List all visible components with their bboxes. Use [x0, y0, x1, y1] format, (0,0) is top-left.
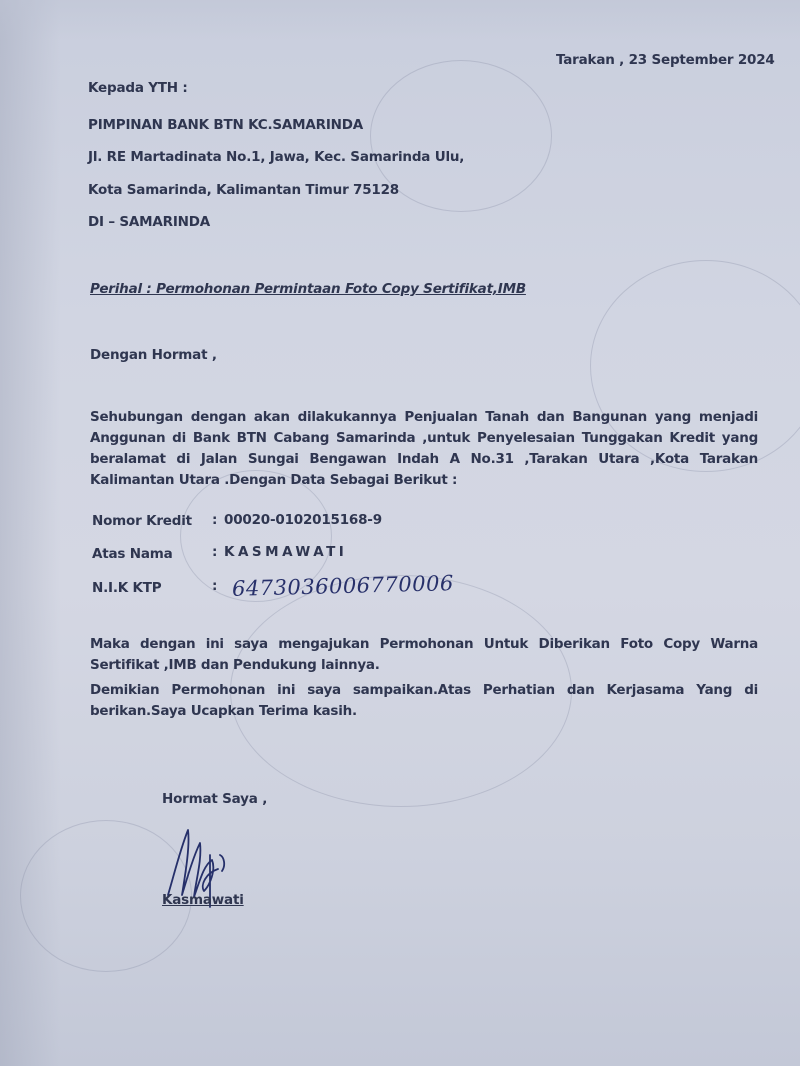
recipient-salutation: Kepada YTH :: [88, 80, 188, 96]
detail-label-nik: N.I.K KTP: [92, 580, 162, 596]
signer-name: Kasmawati: [162, 892, 244, 908]
greeting: Dengan Hormat ,: [90, 347, 217, 363]
detail-separator: :: [212, 578, 217, 594]
detail-value-nik-handwritten: 6473036006770006: [232, 571, 454, 601]
letter-subject: Perihal : Permohonan Permintaan Foto Cop…: [90, 281, 526, 297]
detail-value-account-name: KASMAWATI: [224, 544, 347, 560]
paper-shadow-top: [0, 0, 800, 40]
detail-label-account-name: Atas Nama: [92, 546, 173, 562]
closing-paragraph: Demikian Permohonan ini saya sampaikan.A…: [90, 680, 758, 722]
paper-shadow-left: [0, 0, 60, 1066]
request-paragraph: Maka dengan ini saya mengajukan Permohon…: [90, 634, 758, 676]
recipient-address-line2: Kota Samarinda, Kalimantan Timur 75128: [88, 182, 399, 198]
detail-value-credit-number: 00020-0102015168-9: [224, 512, 382, 528]
intro-paragraph: Sehubungan dengan akan dilakukannya Penj…: [90, 407, 758, 491]
recipient-location: DI – SAMARINDA: [88, 214, 210, 230]
detail-separator: :: [212, 512, 217, 528]
recipient-address-line1: Jl. RE Martadinata No.1, Jawa, Kec. Sama…: [88, 149, 464, 165]
place-date: Tarakan , 23 September 2024: [556, 52, 775, 68]
detail-label-credit-number: Nomor Kredit: [92, 513, 192, 529]
recipient-name: PIMPINAN BANK BTN KC.SAMARINDA: [88, 117, 363, 133]
detail-separator: :: [212, 544, 217, 560]
closing-salutation: Hormat Saya ,: [162, 791, 267, 807]
